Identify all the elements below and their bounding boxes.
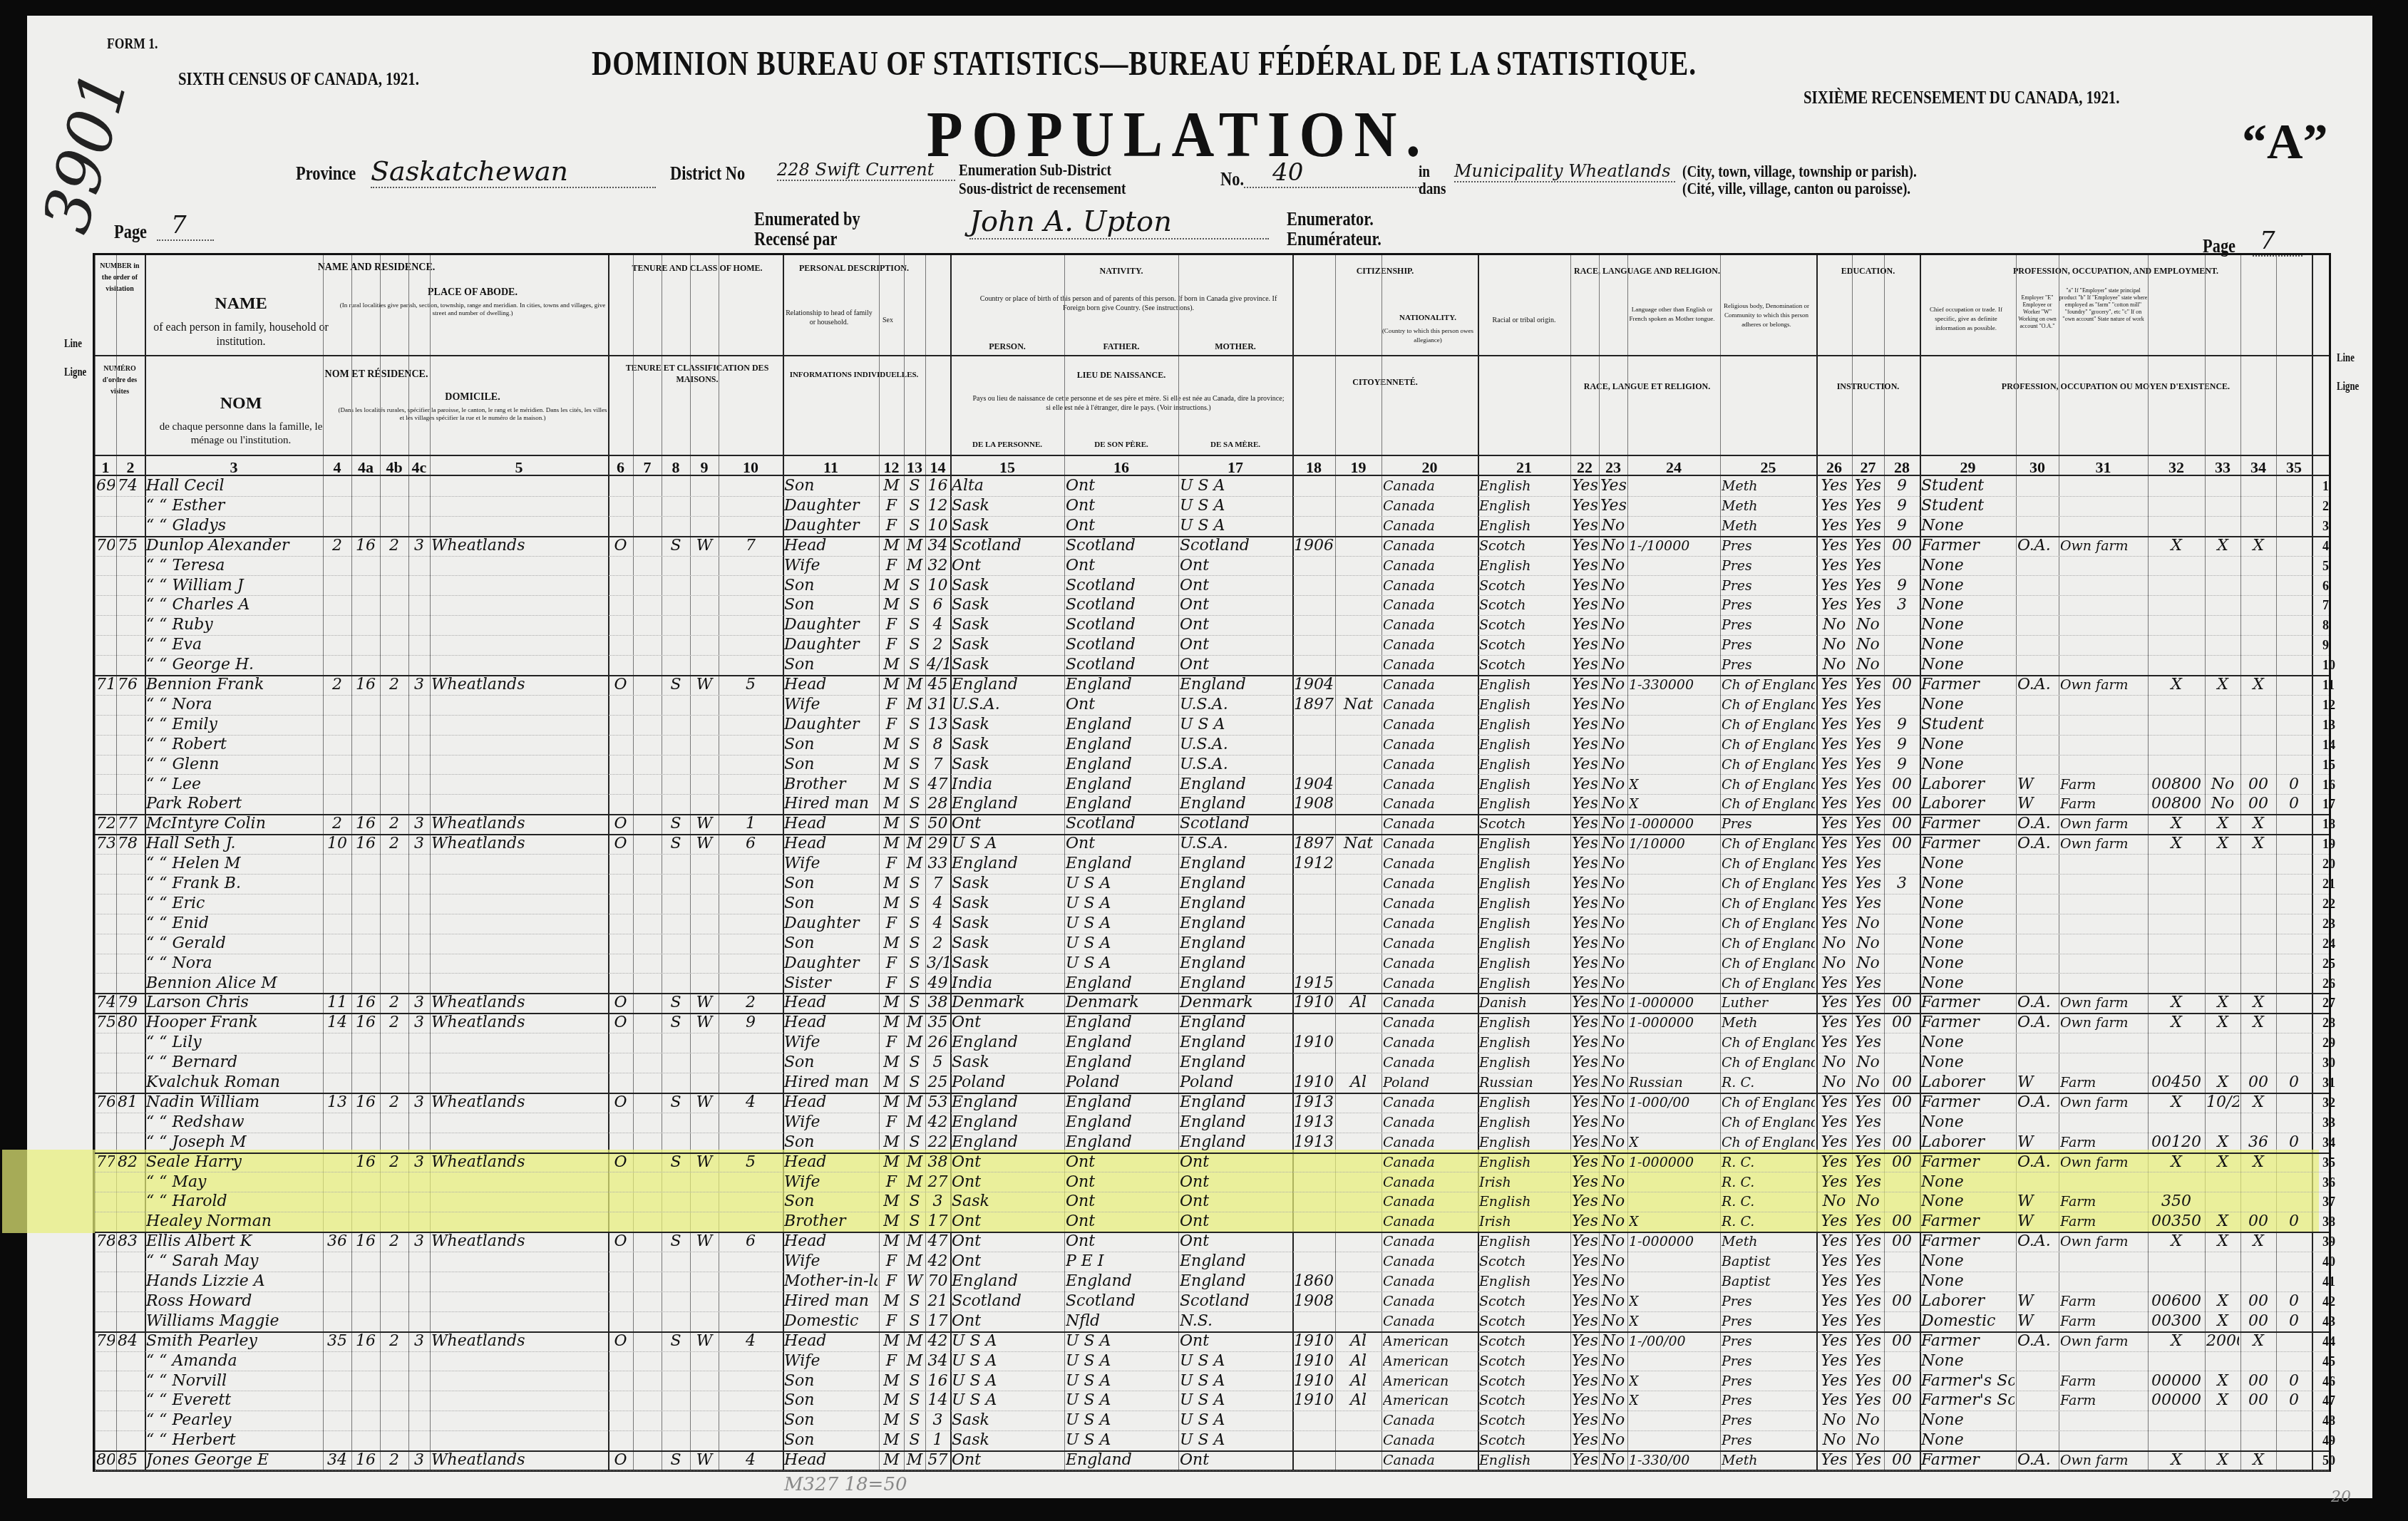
cell-muni bbox=[431, 576, 607, 596]
cell-occ: None bbox=[1921, 874, 2015, 894]
cell-nat bbox=[1337, 735, 1380, 755]
cell-tongue bbox=[1629, 1053, 1719, 1073]
cell-read: Yes bbox=[1818, 1291, 1851, 1311]
cell-fr: No bbox=[1600, 1033, 1626, 1053]
cell-rel: Head bbox=[784, 1450, 878, 1470]
cell-twp: 16 bbox=[353, 675, 379, 695]
cell-rooms bbox=[720, 496, 781, 516]
cell-mer bbox=[410, 496, 428, 516]
person-name: “ “ Eric bbox=[146, 894, 321, 914]
cell-sec: 14 bbox=[324, 1013, 350, 1033]
cell-nationality: Canada bbox=[1383, 1272, 1476, 1291]
cell-ill bbox=[2278, 655, 2310, 675]
cell-imm bbox=[1294, 615, 1334, 635]
cell-family bbox=[118, 1291, 143, 1311]
cell-sex: M bbox=[880, 476, 902, 496]
cell-school bbox=[1885, 655, 1918, 675]
cell-muni bbox=[431, 635, 607, 655]
cell-sec bbox=[324, 954, 350, 974]
cell-ill bbox=[2278, 1093, 2310, 1113]
cell-nat bbox=[1337, 794, 1380, 814]
cell-ms: S bbox=[905, 794, 924, 814]
cell-ill bbox=[2278, 1331, 2310, 1351]
cell-mat: W bbox=[691, 993, 717, 1013]
cell-origin: English bbox=[1479, 1033, 1569, 1053]
cell-nat: Al bbox=[1337, 993, 1380, 1013]
cell-ms: M bbox=[905, 1252, 924, 1272]
cell-write: Yes bbox=[1853, 775, 1883, 795]
line-number: 45 bbox=[2322, 1354, 2335, 1369]
cell-imm bbox=[1294, 1311, 1334, 1331]
cell-rge bbox=[381, 1113, 407, 1133]
cell-eng: Yes bbox=[1572, 914, 1597, 934]
cell-nationality: Canada bbox=[1383, 595, 1476, 615]
cell-earn bbox=[2149, 595, 2203, 615]
cell-mbp: England bbox=[1180, 794, 1291, 814]
cell-occ: Domestic bbox=[1921, 1311, 2015, 1331]
cell-mat bbox=[691, 476, 717, 496]
cell-rent bbox=[634, 1172, 660, 1192]
cell-cls: S bbox=[663, 1450, 689, 1470]
cell-bp: England bbox=[952, 1272, 1063, 1291]
cell-dwelling bbox=[96, 1351, 115, 1371]
line-number: 12 bbox=[2322, 698, 2335, 713]
cell-dwelling bbox=[96, 655, 115, 675]
cell-muni bbox=[431, 516, 607, 536]
cell-fr: No bbox=[1600, 695, 1626, 715]
cell-rooms bbox=[720, 1053, 781, 1073]
cell-sex: M bbox=[880, 1133, 902, 1153]
cell-cls bbox=[663, 1272, 689, 1291]
cell-rooms bbox=[720, 1311, 781, 1331]
cell-nat bbox=[1337, 536, 1380, 556]
cell-rge bbox=[381, 496, 407, 516]
table-row: 6974Hall CecilSonMS16AltaOntU S ACanadaE… bbox=[95, 476, 2329, 497]
cell-twp: 16 bbox=[353, 536, 379, 556]
cell-rent bbox=[634, 1371, 660, 1391]
cell-where bbox=[2060, 1113, 2146, 1133]
cell-ms: S bbox=[905, 1192, 924, 1212]
cell-school: 00 bbox=[1885, 1013, 1918, 1033]
cell-eng: Yes bbox=[1572, 954, 1597, 974]
table-row: “ “ LilyWifeFM26EnglandEnglandEngland191… bbox=[95, 1033, 2329, 1053]
cell-rooms bbox=[720, 735, 781, 755]
cell-own bbox=[609, 1430, 632, 1450]
cell-rent bbox=[634, 655, 660, 675]
cell-rel: Wife bbox=[784, 1172, 878, 1192]
cell-nationality: Canada bbox=[1383, 794, 1476, 814]
cell-write: No bbox=[1853, 954, 1883, 974]
cell-where bbox=[2060, 615, 2146, 635]
cell-mat bbox=[691, 794, 717, 814]
cell-fr: No bbox=[1600, 1093, 1626, 1113]
cell-tongue: 1-330/00 bbox=[1629, 1450, 1719, 1470]
cell-ill: 0 bbox=[2278, 1391, 2310, 1411]
cell-fr: No bbox=[1600, 814, 1626, 834]
cell-sec: 2 bbox=[324, 675, 350, 695]
cell-fr: No bbox=[1600, 1053, 1626, 1073]
cell-wks: X bbox=[2242, 1232, 2275, 1252]
cell-where: Farm bbox=[2060, 1311, 2146, 1331]
header-racial-origin: Racial or tribal origin. bbox=[1481, 316, 1567, 325]
cell-cls bbox=[663, 1371, 689, 1391]
cell-rel: Daughter bbox=[784, 615, 878, 635]
cell-rent bbox=[634, 476, 660, 496]
cell-dwelling bbox=[96, 1053, 115, 1073]
cell-read: No bbox=[1818, 934, 1851, 954]
cell-cls bbox=[663, 615, 689, 635]
cell-ewo bbox=[2017, 934, 2057, 954]
cell-mbp: England bbox=[1180, 1033, 1291, 1053]
header-religion: Religious body, Denomination or Communit… bbox=[1720, 301, 1813, 329]
cell-write: Yes bbox=[1853, 1033, 1883, 1053]
cell-own bbox=[609, 755, 632, 775]
person-name: “ “ Norvill bbox=[146, 1371, 321, 1391]
cell-dwelling bbox=[96, 1311, 115, 1331]
cell-rent bbox=[634, 536, 660, 556]
cell-mer: 3 bbox=[410, 1450, 428, 1470]
cell-out bbox=[2206, 1272, 2239, 1291]
cell-ewo: W bbox=[2017, 1133, 2057, 1153]
cell-where bbox=[2060, 735, 2146, 755]
cell-fbp: England bbox=[1066, 1272, 1177, 1291]
cell-read: Yes bbox=[1818, 993, 1851, 1013]
cell-sex: F bbox=[880, 1351, 902, 1371]
cell-fbp: Ont bbox=[1066, 695, 1177, 715]
cell-dwelling: 73 bbox=[96, 834, 115, 854]
cell-nationality: Canada bbox=[1383, 1033, 1476, 1053]
cell-eng: Yes bbox=[1572, 934, 1597, 954]
ligne-label-right: Ligne bbox=[2337, 378, 2359, 396]
cell-ms: S bbox=[905, 814, 924, 834]
cell-rge bbox=[381, 595, 407, 615]
cell-nat bbox=[1337, 974, 1380, 994]
cell-eng: Yes bbox=[1572, 974, 1597, 994]
table-row: “ “ EmilyDaughterFS13SaskEnglandU S ACan… bbox=[95, 715, 2329, 736]
cell-rooms bbox=[720, 556, 781, 576]
cell-bp: Scotland bbox=[952, 1291, 1063, 1311]
cell-occ: Laborer bbox=[1921, 1291, 2015, 1311]
cell-rge bbox=[381, 934, 407, 954]
cell-rent bbox=[634, 775, 660, 795]
cell-cls bbox=[663, 1391, 689, 1411]
cell-mbp: Ont bbox=[1180, 1331, 1291, 1351]
cell-write: Yes bbox=[1853, 834, 1883, 854]
cell-own bbox=[609, 954, 632, 974]
cell-age: 22 bbox=[927, 1133, 949, 1153]
person-name: Hands Lizzie A bbox=[146, 1272, 321, 1291]
cell-twp bbox=[353, 1272, 379, 1291]
cell-wks: 00 bbox=[2242, 794, 2275, 814]
cell-twp bbox=[353, 516, 379, 536]
header-education-en: EDUCATION. bbox=[1816, 265, 1920, 277]
cell-write: Yes bbox=[1853, 715, 1883, 735]
cell-origin: English bbox=[1479, 1013, 1569, 1033]
cell-rge bbox=[381, 1033, 407, 1053]
cell-bp: Ont bbox=[952, 1450, 1063, 1470]
cell-read: Yes bbox=[1818, 1113, 1851, 1133]
cell-mer bbox=[410, 914, 428, 934]
cell-sex: M bbox=[880, 1331, 902, 1351]
cell-eng: Yes bbox=[1572, 755, 1597, 775]
line-number: 23 bbox=[2322, 917, 2335, 932]
cell-where bbox=[2060, 854, 2146, 874]
cell-ewo bbox=[2017, 1272, 2057, 1291]
cell-write: Yes bbox=[1853, 1013, 1883, 1033]
column-number: 4c bbox=[408, 458, 430, 474]
cell-mer bbox=[410, 1073, 428, 1093]
cell-occ: None bbox=[1921, 556, 2015, 576]
cell-cls: S bbox=[663, 993, 689, 1013]
cell-wks bbox=[2242, 615, 2275, 635]
cell-wks: X bbox=[2242, 1013, 2275, 1033]
cell-fbp: Scotland bbox=[1066, 576, 1177, 596]
cell-sec: 35 bbox=[324, 1331, 350, 1351]
cell-where: Own farm bbox=[2060, 1450, 2146, 1470]
cell-family bbox=[118, 1411, 143, 1430]
cell-mat: W bbox=[691, 1331, 717, 1351]
cell-mat: W bbox=[691, 1093, 717, 1113]
cell-eng: Yes bbox=[1572, 516, 1597, 536]
cell-earn: X bbox=[2149, 536, 2203, 556]
cell-own bbox=[609, 1311, 632, 1331]
cell-rooms bbox=[720, 1212, 781, 1232]
cell-cls bbox=[663, 655, 689, 675]
cell-mer: 3 bbox=[410, 993, 428, 1013]
cell-dwelling bbox=[96, 735, 115, 755]
cell-twp bbox=[353, 1113, 379, 1133]
cell-school: 00 bbox=[1885, 993, 1918, 1013]
cell-ms: M bbox=[905, 1113, 924, 1133]
cell-mbp: Ont bbox=[1180, 1450, 1291, 1470]
cell-school: 9 bbox=[1885, 715, 1918, 735]
cell-mbp: U S A bbox=[1180, 1411, 1291, 1430]
cell-rent bbox=[634, 1331, 660, 1351]
cell-wks bbox=[2242, 1172, 2275, 1192]
cell-dwelling bbox=[96, 556, 115, 576]
cell-ms: M bbox=[905, 675, 924, 695]
cell-read: Yes bbox=[1818, 834, 1851, 854]
cell-rooms: 4 bbox=[720, 1450, 781, 1470]
cell-sex: M bbox=[880, 775, 902, 795]
cell-out bbox=[2206, 755, 2239, 775]
cell-relig: Pres bbox=[1722, 595, 1815, 615]
cell-muni bbox=[431, 1073, 607, 1093]
cell-nat: Nat bbox=[1337, 834, 1380, 854]
cell-tongue bbox=[1629, 894, 1719, 914]
cell-fr: No bbox=[1600, 1371, 1626, 1391]
cell-rooms bbox=[720, 954, 781, 974]
cell-rge: 2 bbox=[381, 1232, 407, 1252]
cell-school: 00 bbox=[1885, 1232, 1918, 1252]
cell-rge bbox=[381, 894, 407, 914]
table-row: “ “ RubyDaughterFS4SaskScotlandOntCanada… bbox=[95, 615, 2329, 636]
cell-wks: X bbox=[2242, 1093, 2275, 1113]
cell-fr: No bbox=[1600, 1252, 1626, 1272]
cell-ill bbox=[2278, 576, 2310, 596]
cell-where: Farm bbox=[2060, 1133, 2146, 1153]
cell-tongue: 1-/00/00 bbox=[1629, 1331, 1719, 1351]
cell-rooms: 2 bbox=[720, 993, 781, 1013]
cell-sec bbox=[324, 1391, 350, 1411]
cell-age: 70 bbox=[927, 1272, 949, 1291]
cell-read: Yes bbox=[1818, 1351, 1851, 1371]
table-row: “ “ RedshawWifeFM42EnglandEnglandEngland… bbox=[95, 1113, 2329, 1133]
person-name: Hooper Frank bbox=[146, 1013, 321, 1033]
cell-bp: Ont bbox=[952, 1212, 1063, 1232]
cell-fbp: Ont bbox=[1066, 516, 1177, 536]
table-row: “ “ EstherDaughterFS12SaskOntU S ACanada… bbox=[95, 496, 2329, 517]
cell-ill bbox=[2278, 1013, 2310, 1033]
cell-mer bbox=[410, 635, 428, 655]
line-label-right: Line bbox=[2337, 349, 2355, 368]
table-row: Bennion Alice MSisterFS49IndiaEnglandEng… bbox=[95, 974, 2329, 995]
cell-dwelling bbox=[96, 1430, 115, 1450]
cell-where: Farm bbox=[2060, 1212, 2146, 1232]
cell-bp: Scotland bbox=[952, 536, 1063, 556]
cell-family bbox=[118, 576, 143, 596]
cell-earn: 00600 bbox=[2149, 1291, 2203, 1311]
cell-fr: No bbox=[1600, 635, 1626, 655]
cell-ms: S bbox=[905, 1133, 924, 1153]
cell-eng: Yes bbox=[1572, 1013, 1597, 1033]
cell-out: X bbox=[2206, 814, 2239, 834]
cell-earn bbox=[2149, 974, 2203, 994]
line-number: 19 bbox=[2322, 837, 2335, 852]
cell-rel: Wife bbox=[784, 1113, 878, 1133]
cell-ms: S bbox=[905, 635, 924, 655]
cell-nationality: Canada bbox=[1383, 1133, 1476, 1153]
cell-imm bbox=[1294, 954, 1334, 974]
header-profession-fr: PROFESSION, OCCUPATION OU MOYEN D'EXISTE… bbox=[1920, 381, 2312, 392]
cell-muni bbox=[431, 1172, 607, 1192]
cell-muni bbox=[431, 1133, 607, 1153]
cell-own: O bbox=[609, 814, 632, 834]
cell-sex: F bbox=[880, 914, 902, 934]
cell-origin: English bbox=[1479, 775, 1569, 795]
line-number: 35 bbox=[2322, 1155, 2335, 1170]
cell-mat: W bbox=[691, 1232, 717, 1252]
cell-read: Yes bbox=[1818, 496, 1851, 516]
cell-family bbox=[118, 954, 143, 974]
cell-earn bbox=[2149, 1430, 2203, 1450]
cell-ewo bbox=[2017, 974, 2057, 994]
cell-sec bbox=[324, 1073, 350, 1093]
cell-rge bbox=[381, 775, 407, 795]
cell-cls bbox=[663, 1133, 689, 1153]
cell-fr: No bbox=[1600, 954, 1626, 974]
cell-relig: Meth bbox=[1722, 1232, 1815, 1252]
cell-write: Yes bbox=[1853, 496, 1883, 516]
cell-family: 75 bbox=[118, 536, 143, 556]
cell-occ: None bbox=[1921, 615, 2015, 635]
cell-nat bbox=[1337, 1172, 1380, 1192]
cell-family bbox=[118, 1033, 143, 1053]
cell-tongue bbox=[1629, 1351, 1719, 1371]
cell-fbp: England bbox=[1066, 735, 1177, 755]
cell-ms: M bbox=[905, 695, 924, 715]
cell-rooms bbox=[720, 516, 781, 536]
cell-read: Yes bbox=[1818, 695, 1851, 715]
person-name: “ “ Eva bbox=[146, 635, 321, 655]
table-row: “ “ GladysDaughterFS10SaskOntU S ACanada… bbox=[95, 516, 2329, 537]
cell-out: X bbox=[2206, 1311, 2239, 1331]
cell-fr: No bbox=[1600, 615, 1626, 635]
table-row: “ “ GlennSonMS7SaskEnglandU.S.A.CanadaEn… bbox=[95, 755, 2329, 775]
cell-fr: No bbox=[1600, 914, 1626, 934]
cell-sex: M bbox=[880, 1232, 902, 1252]
cell-earn: 00000 bbox=[2149, 1371, 2203, 1391]
cell-muni bbox=[431, 894, 607, 914]
cell-muni bbox=[431, 655, 607, 675]
header-name-residence-en: NAME AND RESIDENCE. bbox=[145, 262, 608, 274]
cell-nationality: Canada bbox=[1383, 894, 1476, 914]
cell-dwelling bbox=[96, 595, 115, 615]
cell-imm bbox=[1294, 1450, 1334, 1470]
cell-earn: 00300 bbox=[2149, 1311, 2203, 1331]
cell-dwelling: 71 bbox=[96, 675, 115, 695]
column-number: 12 bbox=[879, 458, 904, 474]
cell-age: 21 bbox=[927, 1291, 949, 1311]
cell-own bbox=[609, 615, 632, 635]
cell-tongue bbox=[1629, 516, 1719, 536]
cell-nationality: Canada bbox=[1383, 496, 1476, 516]
cell-read: Yes bbox=[1818, 755, 1851, 775]
cell-mer bbox=[410, 1391, 428, 1411]
cell-rge: 2 bbox=[381, 1013, 407, 1033]
person-name: Ross Howard bbox=[146, 1291, 321, 1311]
cell-rel: Son bbox=[784, 1391, 878, 1411]
cell-age: 42 bbox=[927, 1331, 949, 1351]
cell-cls bbox=[663, 894, 689, 914]
cell-tongue bbox=[1629, 496, 1719, 516]
person-name: Larson Chris bbox=[146, 993, 321, 1013]
cell-mbp: England bbox=[1180, 914, 1291, 934]
cell-mer bbox=[410, 755, 428, 775]
cell-rent bbox=[634, 1033, 660, 1053]
cell-origin: Scotch bbox=[1479, 814, 1569, 834]
cell-nat bbox=[1337, 1133, 1380, 1153]
cell-muni bbox=[431, 1351, 607, 1371]
cell-origin: Scotch bbox=[1479, 1411, 1569, 1430]
cell-where: Own farm bbox=[2060, 536, 2146, 556]
cell-occ: None bbox=[1921, 1172, 2015, 1192]
cell-relig: Ch of England bbox=[1722, 854, 1815, 874]
cell-earn: X bbox=[2149, 1153, 2203, 1172]
cell-nat bbox=[1337, 1311, 1380, 1331]
cell-fr: No bbox=[1600, 1411, 1626, 1430]
cell-rooms bbox=[720, 1411, 781, 1430]
cell-fr: No bbox=[1600, 595, 1626, 615]
cell-family: 82 bbox=[118, 1153, 143, 1172]
cell-ewo bbox=[2017, 695, 2057, 715]
cell-mat bbox=[691, 1272, 717, 1291]
cell-nationality: Canada bbox=[1383, 1172, 1476, 1192]
cell-cls bbox=[663, 695, 689, 715]
cell-rooms bbox=[720, 914, 781, 934]
cell-occ: None bbox=[1921, 655, 2015, 675]
cell-muni bbox=[431, 1212, 607, 1232]
cell-wks bbox=[2242, 735, 2275, 755]
person-name: “ “ Glenn bbox=[146, 755, 321, 775]
cell-school: 3 bbox=[1885, 874, 1918, 894]
person-name: “ “ Bernard bbox=[146, 1053, 321, 1073]
table-row: “ “ NoraWifeFM31U.S.A.OntU.S.A.1897NatCa… bbox=[95, 695, 2329, 716]
cell-imm: 1910 bbox=[1294, 1391, 1334, 1411]
cell-tongue: X bbox=[1629, 1212, 1719, 1232]
cell-dwelling bbox=[96, 794, 115, 814]
cell-origin: Russian bbox=[1479, 1073, 1569, 1093]
